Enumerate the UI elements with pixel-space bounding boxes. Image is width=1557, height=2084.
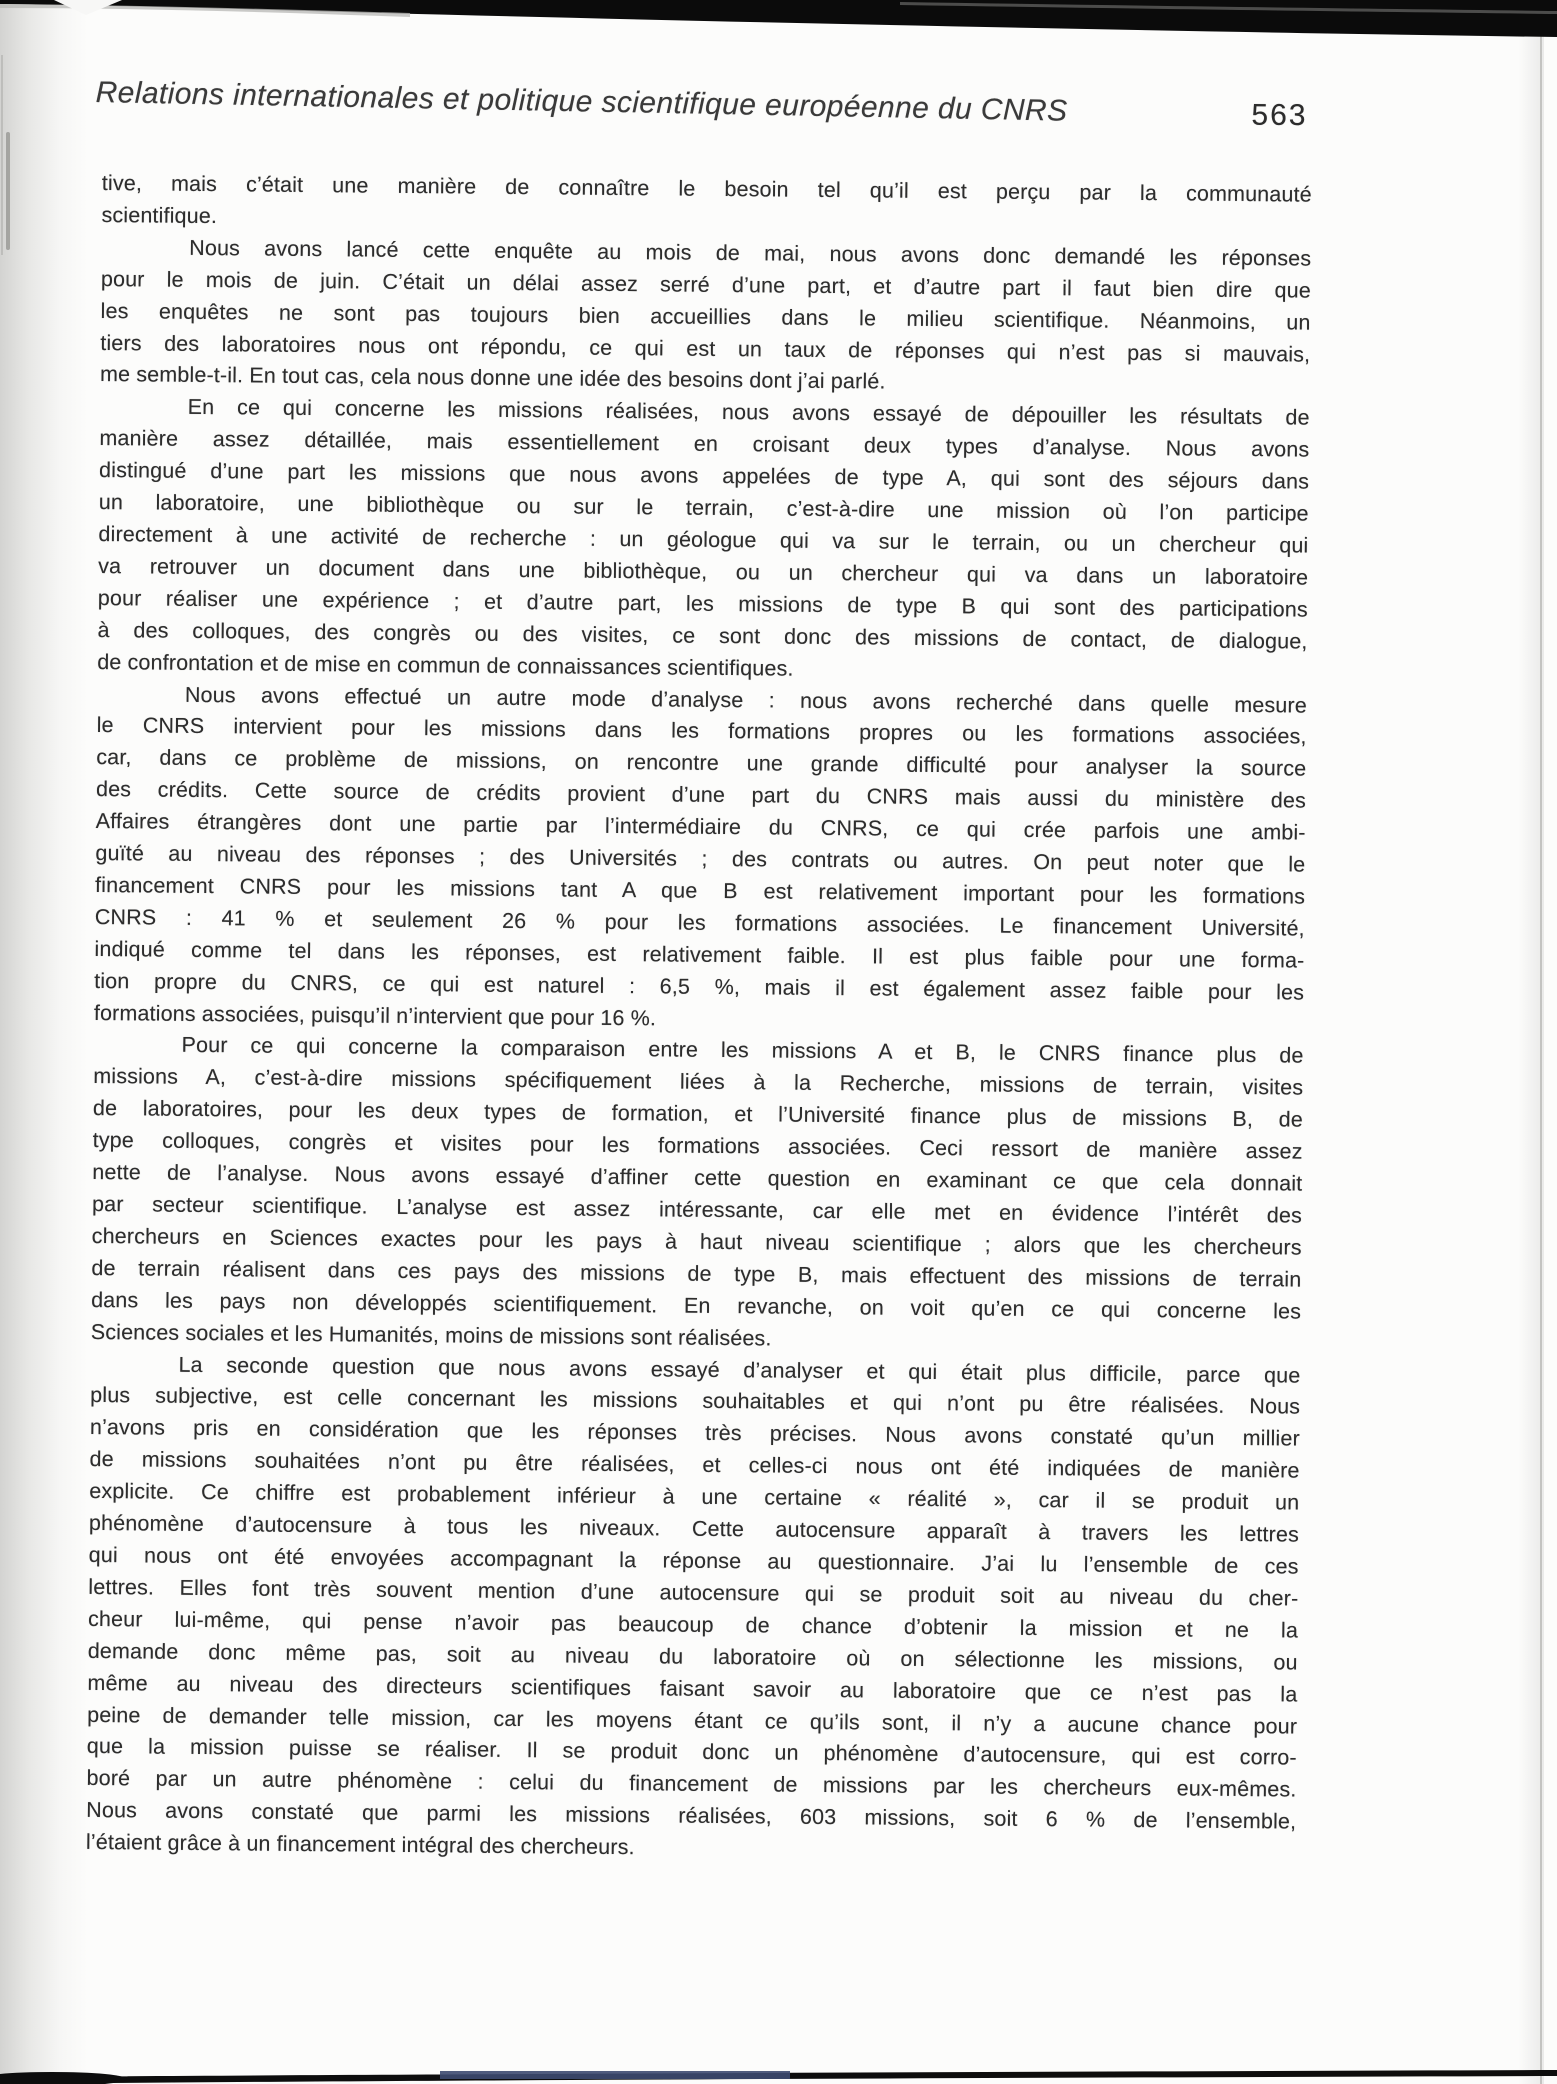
paragraph: Nous avons lancé cette enquête au mois d… (100, 232, 1311, 403)
paragraph: Pour ce qui concerne la comparaison entr… (91, 1029, 1304, 1360)
scanned-book-page: Relations internationales et politique s… (0, 0, 1557, 2084)
paragraph: tive, mais c’était une manière de connaî… (101, 168, 1312, 243)
paragraph: En ce qui concerne les missions réalisée… (97, 391, 1310, 690)
running-title: Relations internationales et politique s… (95, 76, 1067, 129)
bottom-blue-strip (440, 2071, 790, 2079)
bottom-scan-border (0, 2044, 1557, 2084)
binding-gutter-shadow (0, 0, 88, 2084)
page-header: Relations internationales et politique s… (95, 76, 1313, 133)
page-stack-edge-mark (6, 132, 10, 250)
paragraph: La seconde question que nous avons essay… (86, 1348, 1301, 1870)
top-scan-border (0, 0, 1557, 60)
paragraph: Nous avons effectué un autre mode d’anal… (94, 678, 1307, 1041)
page-stack-edge-line (1, 55, 3, 255)
text-column: tive, mais c’était une manière de connaî… (86, 168, 1312, 1871)
right-page-edge-line (1540, 0, 1542, 2084)
page-number: 563 (1251, 99, 1313, 133)
